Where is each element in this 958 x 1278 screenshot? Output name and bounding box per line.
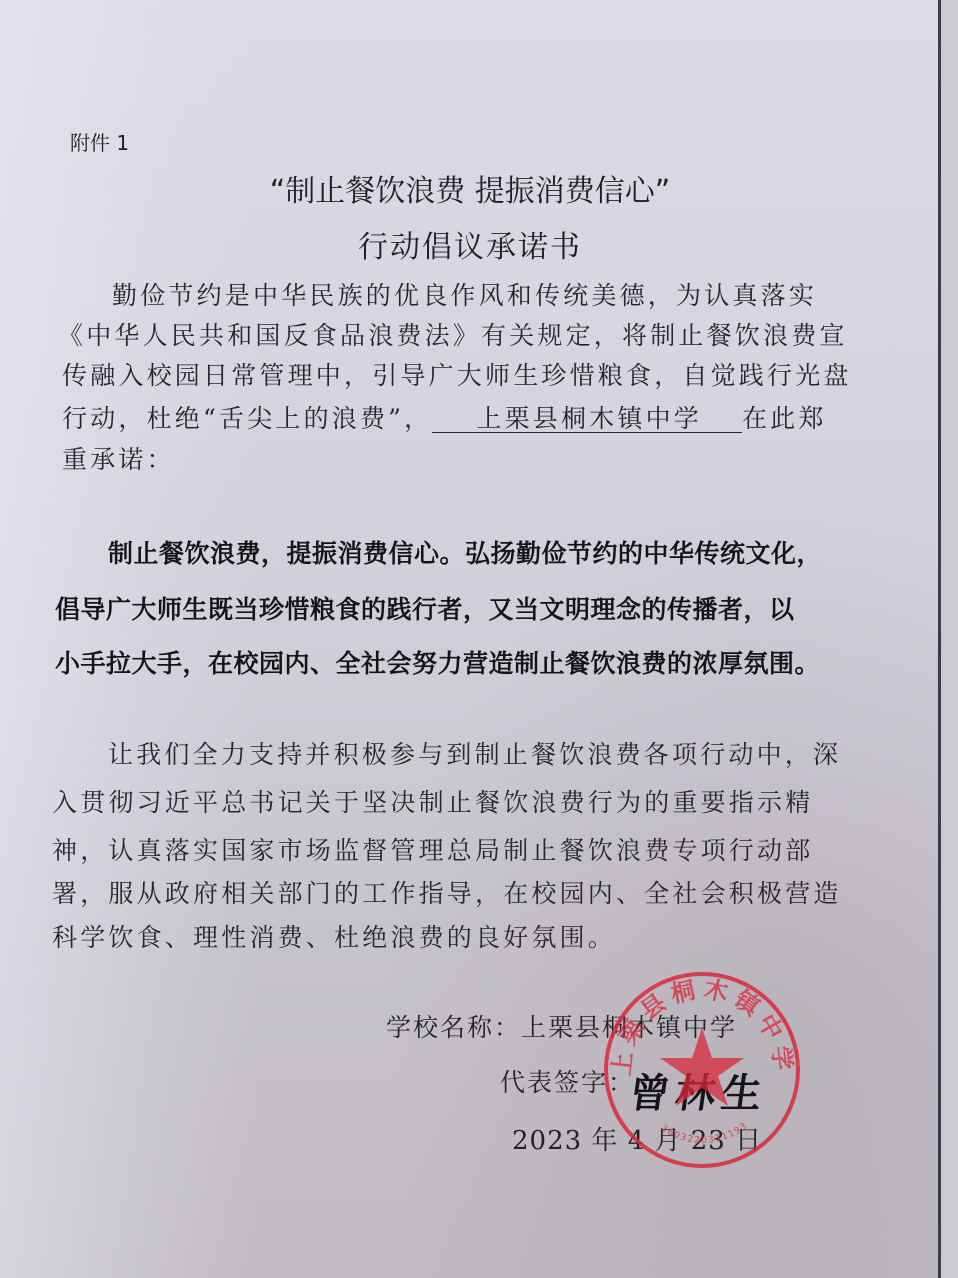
paragraph2-line: 倡导广大师生既当珍惜粮食的践行者，又当文明理念的传播者，以 — [55, 590, 795, 626]
paragraph3-line: 让我们全力支持并积极参与到制止餐饮浪费各项行动中，深 — [108, 735, 841, 771]
title-line-1: “制止餐饮浪费 提振消费信心” — [200, 166, 740, 210]
paragraph3-line: 入贯彻习近平总书记关于坚决制止餐饮浪费行为的重要指示精 — [52, 783, 813, 819]
school-name-fill-in: 上栗县桐木镇中学 — [432, 406, 742, 433]
svg-text:3603220311193: 3603220311193 — [659, 1121, 750, 1146]
paragraph1-line: 勤俭节约是中华民族的优良作风和传统美德，为认真落实 — [112, 276, 817, 312]
paragraph3-line: 科学饮食、理性消费、杜绝浪费的良好氛围。 — [52, 918, 616, 954]
paragraph3-line: 神，认真落实国家市场监督管理总局制止餐饮浪费专项行动部 — [52, 831, 813, 867]
paragraph1-line: 《中华人民共和国反食品浪费法》有关规定，将制止餐饮浪费宣 — [58, 316, 848, 352]
paragraph2-line: 制止餐饮浪费，提振消费信心。弘扬勤俭节约的中华传统文化， — [108, 534, 822, 570]
paragraph1-line-4: 行动，杜绝“舌尖上的浪费”，上栗县桐木镇中学在此郑 — [62, 399, 827, 435]
paragraph2-line: 小手拉大手，在校园内、全社会努力营造制止餐饮浪费的浓厚氛围。 — [55, 644, 820, 680]
title-line-2: 行动倡议承诺书 — [200, 222, 740, 266]
seal-code: 3603220311193 — [659, 1121, 750, 1146]
document-page: 附件 1 “制止餐饮浪费 提振消费信心” 行动倡议承诺书 勤俭节约是中华民族的优… — [0, 0, 940, 1278]
paragraph1-line4-suffix: 在此郑 — [742, 404, 827, 433]
paragraph1-line4-prefix: 行动，杜绝“舌尖上的浪费”， — [62, 404, 432, 433]
paragraph1-line: 重承诺： — [62, 440, 175, 476]
attachment-label: 附件 1 — [70, 127, 129, 156]
paragraph3-line: 署，服从政府相关部门的工作指导，在校园内、全社会积极营造 — [52, 874, 842, 910]
background-surface — [941, 0, 958, 1278]
official-seal-icon: 上栗县桐木镇中学 3603220311193 — [600, 968, 805, 1173]
paragraph1-line: 传融入校园日常管理中，引导广大师生珍惜粮食，自觉践行光盘 — [62, 356, 852, 392]
